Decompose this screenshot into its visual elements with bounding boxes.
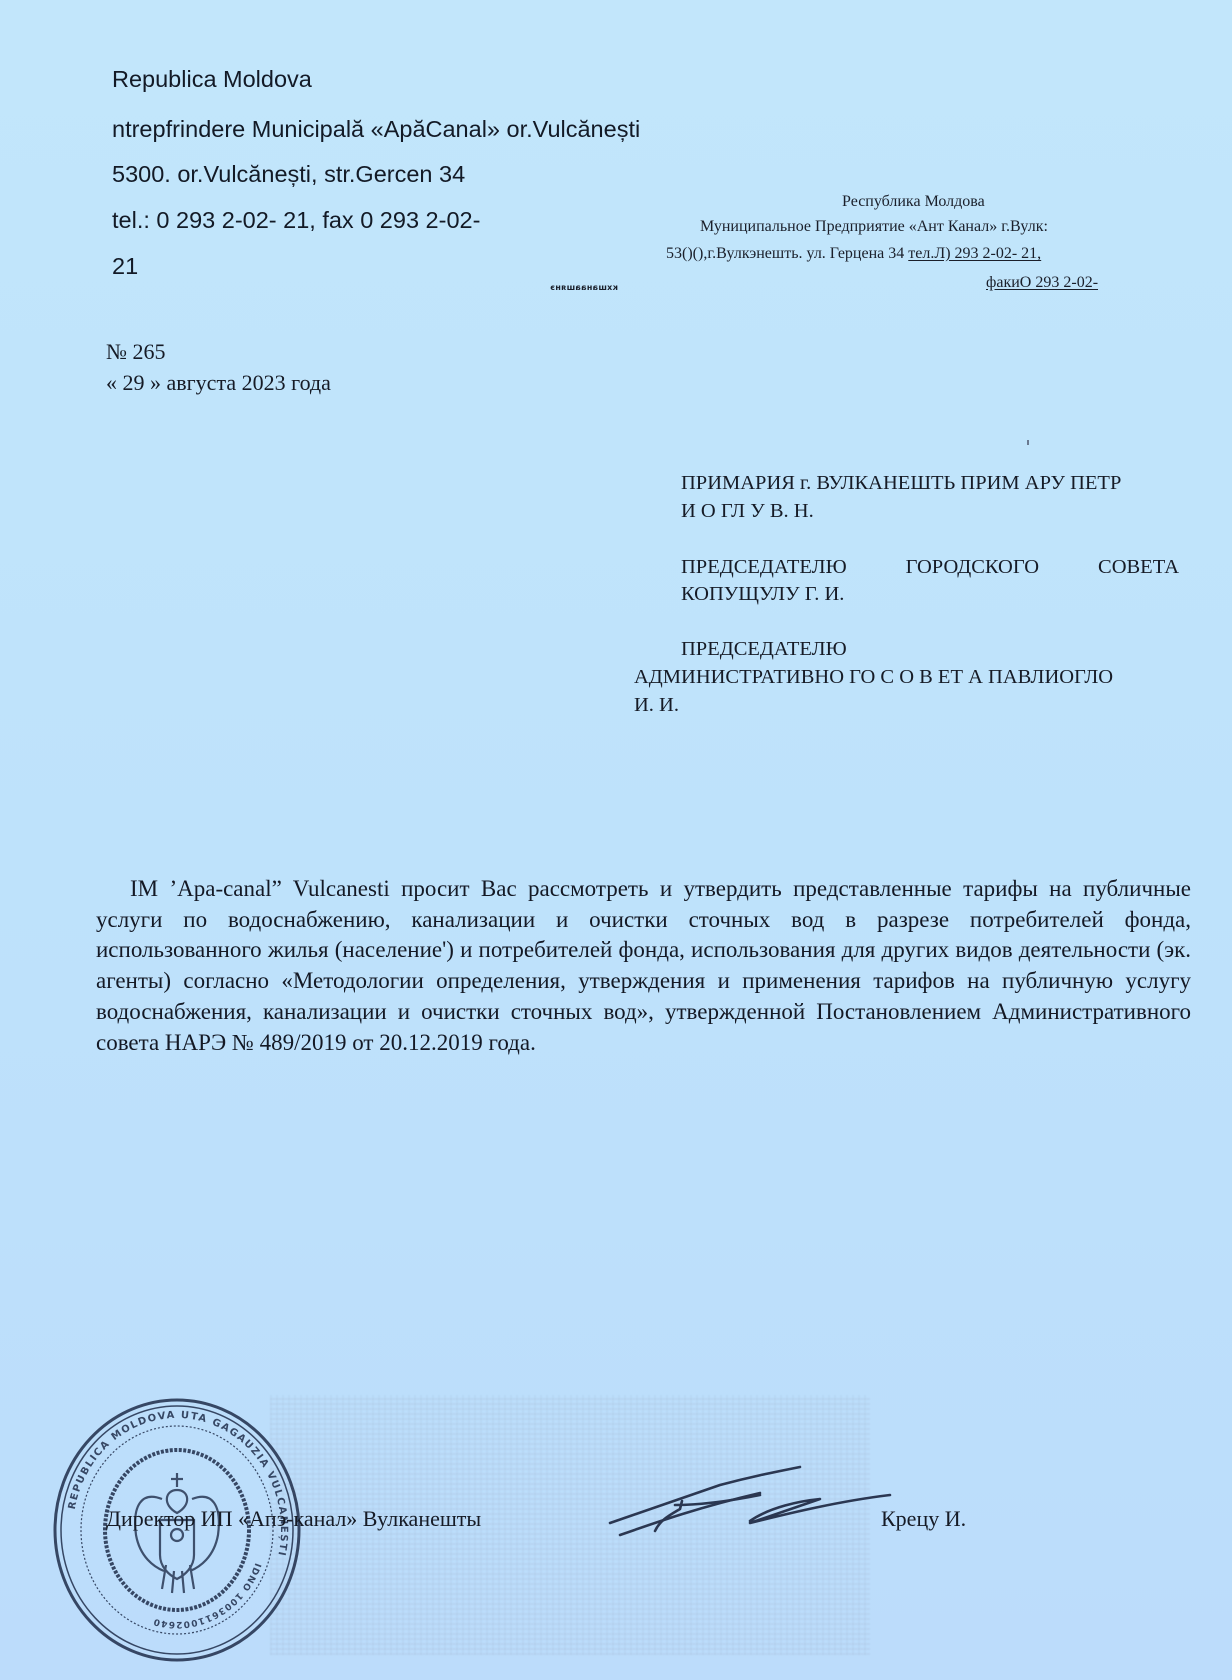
addressee-3-line2: АДМИНИСТРАТИВНО ГО С О В ЕТ А ПАВЛИОГЛО [634,666,1113,689]
document-number: № 265 [106,339,166,365]
letterhead-ro-phone-cont: 21 [112,253,138,280]
letterhead-ru-country: Республика Молдова [842,193,985,211]
addressee-3-line1: ПРЕДСЕДАТЕЛЮ [681,638,847,661]
addressee-2-line2: КОПУЩУЛУ Г. И. [681,583,844,606]
addressee-2-word1: ПРЕДСЕДАТЕЛЮ [681,556,847,579]
addressee-2-word2: ГОРОДСКОГО [906,556,1039,579]
signatory-name: Крецу И. [881,1506,966,1532]
letterhead-ru-address-text: 53()(),г.Вулкэнешть. ул. Герцена 34 [666,245,908,262]
mirrored-small-text: кхшанаашянэ [550,283,618,292]
addressee-1-line2: И О ГЛ У В. Н. [681,500,814,523]
addressee-3-line3: И. И. [634,694,679,717]
letterhead-ru-address: 53()(),г.Вулкэнешть. ул. Герцена 34 тел.… [666,245,1041,263]
letterhead-ro-country: Republica Moldova [112,66,312,93]
letterhead-ro-phone: tel.: 0 293 2-02- 21, fax 0 293 2-02- [112,207,480,234]
addressee-2-line1: ПРЕДСЕДАТЕЛЮ ГОРОДСКОГО СОВЕТА [681,556,1179,579]
letterhead-ru-fax: факиО 293 2-02- [986,274,1098,292]
letterhead-ro-address: 5300. or.Vulcănești, str.Gercen 34 [112,161,465,188]
letterhead-ru-phone: тел.Л) 293 2-02- 21, [908,245,1041,262]
ink-mark [1027,440,1029,445]
body-paragraph: IM ’Apa-canal” Vulcanesti просит Вас рас… [96,874,1191,1058]
signature-position: Директор ИП «Апэ-канал» Вулканешты [106,1506,481,1532]
document-date: « 29 » августа 2023 года [106,370,331,396]
letterhead-ro-enterprise: ntrepfrindere Municipală «ApăCanal» or.V… [112,116,640,143]
addressee-2-word3: СОВЕТА [1098,556,1179,579]
addressee-1-line1: ПРИМАРИЯ г. ВУЛКАНЕШТЬ ПРИМ АРУ ПЕТР [681,472,1121,495]
handwritten-signature-icon [600,1465,900,1565]
letterhead-ru-enterprise: Муниципальное Предприятие «Ант Канал» г.… [700,218,1048,236]
